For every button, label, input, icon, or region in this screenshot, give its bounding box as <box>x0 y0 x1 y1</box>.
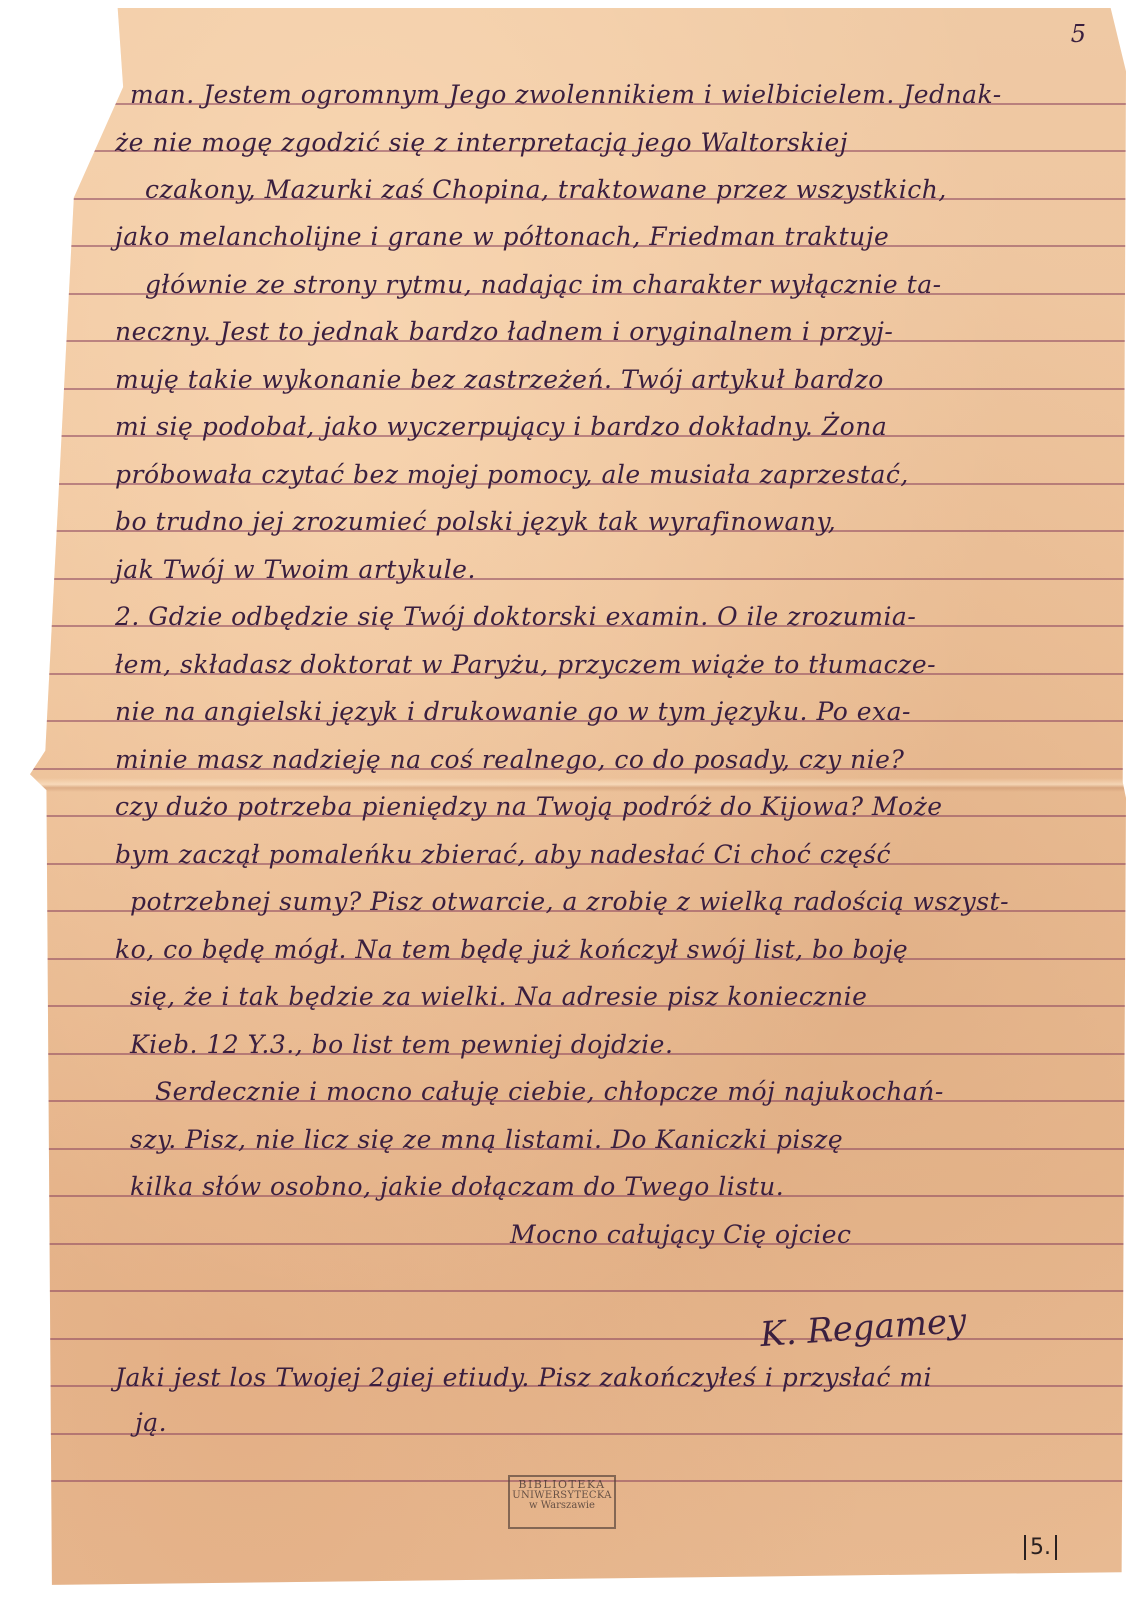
text-line: czakony, Mazurki zaś Chopina, traktowane… <box>145 175 947 204</box>
text-line: próbowała czytać bez mojej pomocy, ale m… <box>115 460 909 489</box>
postscript-line: Jaki jest los Twojej 2giej etiudy. Pisz … <box>115 1363 932 1392</box>
text-line: jako melancholijne i grane w półtonach, … <box>115 222 889 251</box>
signature: K. Regamey <box>759 1301 968 1355</box>
text-line: Kieb. 12 Y.3., bo list tem pewniej dojdz… <box>130 1030 673 1059</box>
library-stamp: BIBLIOTEKA UNIWERSYTECKA w Warszawie <box>508 1475 616 1529</box>
text-line: ko, co będę mógł. Na tem będę już kończy… <box>115 935 908 964</box>
text-line: głównie ze strony rytmu, nadając im char… <box>145 270 942 299</box>
text-line: neczny. Jest to jednak bardzo ładnem i o… <box>115 317 893 346</box>
text-line: bym zaczął pomaleńku zbierać, aby nadesł… <box>115 840 891 869</box>
text-line: bo trudno jej zrozumieć polski język tak… <box>115 507 836 536</box>
text-line: muję takie wykonanie bez zastrzeżeń. Twó… <box>115 365 884 394</box>
text-line: się, że i tak będzie za wielki. Na adres… <box>130 982 867 1011</box>
letter-page: 5 man. Jestem ogromnym Jego zwolennikiem… <box>30 8 1126 1588</box>
archive-number: 5. <box>1024 1535 1057 1560</box>
paper-fold <box>30 778 1126 792</box>
text-line: nie na angielski język i drukowanie go w… <box>115 697 911 726</box>
text-line: łem, składasz doktorat w Paryżu, przycze… <box>115 650 936 679</box>
text-line: jak Twój w Twoim artykule. <box>115 555 476 584</box>
closing-line: Mocno całujący Cię ojciec <box>510 1220 852 1249</box>
text-line: man. Jestem ogromnym Jego zwolennikiem i… <box>130 80 1002 109</box>
text-line: szy. Pisz, nie licz się ze mną listami. … <box>130 1125 843 1154</box>
text-line: czy dużo potrzeba pieniędzy na Twoją pod… <box>115 792 943 821</box>
text-line: kilka słów osobno, jakie dołączam do Twe… <box>130 1172 784 1201</box>
stamp-line-1: BIBLIOTEKA <box>510 1479 614 1491</box>
text-line: 2. Gdzie odbędzie się Twój doktorski exa… <box>115 602 916 631</box>
postscript-line: ją. <box>135 1408 167 1437</box>
ruled-line <box>30 1290 1126 1292</box>
text-line: Serdecznie i mocno całuję ciebie, chłopc… <box>155 1077 944 1106</box>
text-line: minie masz nadzieję na coś realnego, co … <box>115 745 904 774</box>
page-number: 5 <box>1071 20 1086 48</box>
ruled-line <box>30 1433 1126 1435</box>
stamp-line-3: w Warszawie <box>510 1501 614 1512</box>
text-line: potrzebnej sumy? Pisz otwarcie, a zrobię… <box>130 887 1009 916</box>
text-line: że nie mogę zgodzić się z interpretacją … <box>115 128 848 157</box>
text-line: mi się podobał, jako wyczerpujący i bard… <box>115 412 887 441</box>
